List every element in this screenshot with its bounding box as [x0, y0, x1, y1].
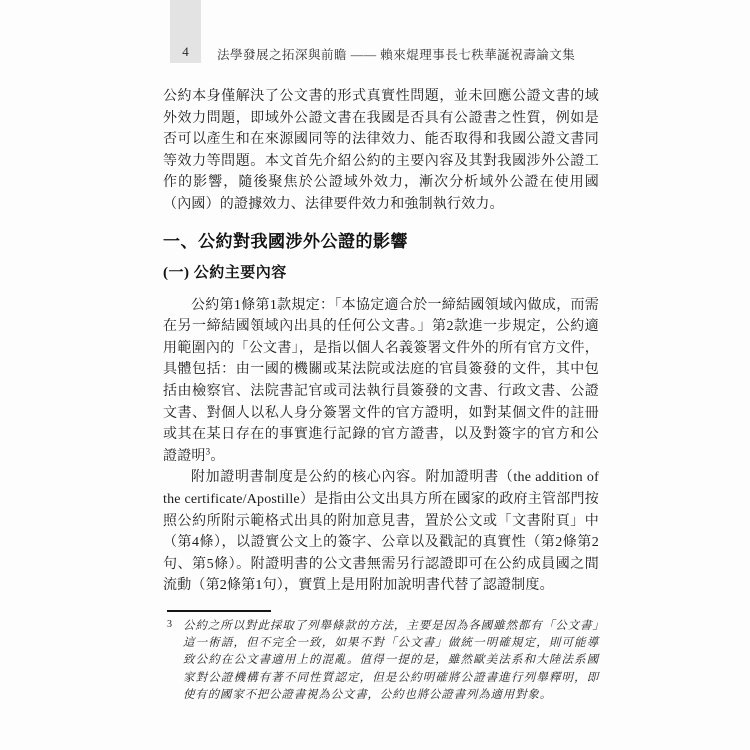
- running-title: 法學發展之拓深與前瞻 —— 賴來焜理事長七秩華誕祝壽論文集: [217, 45, 575, 63]
- page-number-bar: 4: [170, 0, 201, 63]
- main-text-column: 公約本身僅解決了公文書的形式真實性問題，並未回應公證文書的域外效力問題，即域外公…: [163, 86, 599, 597]
- paragraph: 公約本身僅解決了公文書的形式真實性問題，並未回應公證文書的域外效力問題，即域外公…: [163, 86, 599, 216]
- paragraph-tail: 。: [210, 449, 224, 464]
- book-page: 4 法學發展之拓深與前瞻 —— 賴來焜理事長七秩華誕祝壽論文集 公約本身僅解決了…: [0, 0, 750, 750]
- footnote-marker: 3: [163, 618, 183, 632]
- footnote-separator: [167, 610, 271, 612]
- subsection-heading: (一) 公約主要內容: [163, 263, 599, 283]
- paragraph: 公約第1條第1款規定：「本協定適合於一締結國領域內做成，而需在另一締結國領域內出…: [163, 295, 599, 468]
- footnote-area: 3 公約之所以對此採取了列舉條款的方法，主要是因為各國雖然都有「公文書」這一術語…: [163, 610, 599, 704]
- page-number: 4: [182, 44, 189, 60]
- paragraph: 附加證明書制度是公約的核心內容。附加證明書（the addition of th…: [163, 467, 599, 597]
- section-heading: 一、公約對我國涉外公證的影響: [163, 231, 599, 253]
- paragraph-text: 公約第1條第1款規定：「本協定適合於一締結國領域內做成，而需在另一締結國領域內出…: [163, 298, 599, 464]
- footnote-item: 3 公約之所以對此採取了列舉條款的方法，主要是因為各國雖然都有「公文書」這一術語…: [163, 618, 599, 704]
- footnote-text: 公約之所以對此採取了列舉條款的方法，主要是因為各國雖然都有「公文書」這一術語，但…: [183, 618, 599, 704]
